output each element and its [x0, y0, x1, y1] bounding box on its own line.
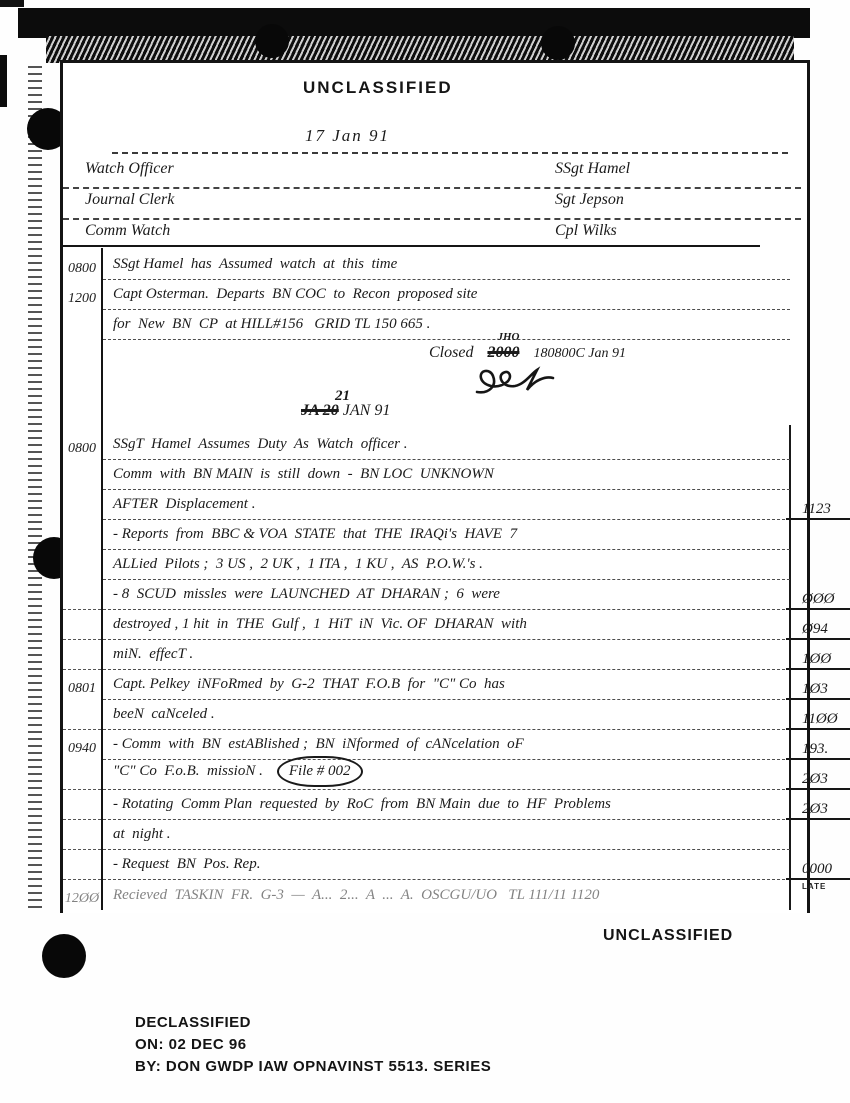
corrected-day: 21 [335, 388, 350, 405]
entry-text-cell: SSgt Hamel has Assumed watch at this tim… [103, 251, 790, 280]
hole-punch [42, 934, 86, 978]
entry-text-cell: ALLied Pilots ; 3 US , 2 UK , 1 ITA , 1 … [103, 551, 790, 580]
entry-text: for New BN CP at HILL#156 GRID TL 150 66… [113, 316, 430, 332]
duty-roster: Watch OfficerSSgt HamelJournal ClerkSgt … [63, 158, 801, 249]
entry-text: - Reports from BBC & VOA STATE that THE … [113, 526, 517, 542]
struck-time: 2000 [487, 344, 519, 361]
journal-row: 1200Capt Osterman. Departs BN COC to Rec… [63, 280, 804, 310]
margin-time: Ø94 [786, 610, 850, 640]
journal-row: - Reports from BBC & VOA STATE that THE … [63, 520, 804, 550]
roster-role: Journal Clerk [85, 191, 174, 209]
journal-row: 0800SSgt Hamel has Assumed watch at this… [63, 250, 804, 280]
journal-row: - Request BN Pos. Rep. [63, 850, 804, 880]
scanned-journal-page: UNCLASSIFIED 17 Jan 91 Watch OfficerSSgt… [0, 0, 850, 1103]
entry-text-cell: - Reports from BBC & VOA STATE that THE … [103, 521, 790, 550]
entry-text: SSgT Hamel Assumes Duty As Watch officer… [113, 436, 407, 452]
margin-time-value: 2Ø3 [802, 801, 828, 818]
journal-row: 0800SSgT Hamel Assumes Duty As Watch off… [63, 430, 804, 460]
scan-edge-mark [0, 55, 7, 107]
margin-time: 193. [786, 730, 850, 760]
entry-time [63, 666, 101, 670]
entry-text: - Rotating Comm Plan requested by RoC fr… [113, 796, 611, 812]
entry-time [63, 846, 101, 850]
declassification-block: DECLASSIFIED ON: 02 DEC 96 BY: DON GWDP … [135, 1012, 491, 1078]
journal-row: 12ØØRecieved TASKIN FR. G-3 — A... 2... … [63, 880, 804, 910]
margin-time: 11ØØ [786, 700, 850, 730]
journal-row: at night . [63, 820, 804, 850]
date-header-day2: 21 JA 20 JAN 91 [63, 396, 804, 430]
entry-time [63, 636, 101, 640]
journal-row: AFTER Displacement . [63, 490, 804, 520]
file-ref-circle: File # 002 [277, 756, 363, 787]
entry-text-cell: beeN caNceled . [103, 701, 790, 730]
roster-role: Watch Officer [85, 160, 174, 178]
entry-time [63, 547, 101, 550]
journal-row: beeN caNceled . [63, 700, 804, 730]
journal-row: "C" Co F.o.B. missioN .File # 002 [63, 760, 804, 790]
entry-time [63, 517, 101, 520]
margin-time: 1123 [786, 490, 850, 520]
entry-time [63, 577, 101, 580]
entry-time [63, 786, 101, 790]
entry-time [63, 816, 101, 820]
entry-text-cell: AFTER Displacement . [103, 491, 790, 520]
journal-row: Comm with BN MAIN is still down - BN LOC… [63, 460, 804, 490]
closeout-line: Closed 2000JHO 180800C Jan 91 [429, 344, 626, 362]
correction-initials: JHO [497, 331, 519, 343]
margin-time: 0000 [786, 850, 850, 880]
entry-text: AFTER Displacement . [113, 496, 255, 512]
entry-time: 0940 [63, 741, 101, 760]
torn-binding-edge [28, 62, 42, 908]
declassified-date: ON: 02 DEC 96 [135, 1034, 491, 1056]
scan-edge-mark [0, 0, 24, 7]
entry-text: - Request BN Pos. Rep. [113, 856, 260, 872]
roster-name: SSgt Hamel [555, 160, 630, 178]
journal-row: - 8 SCUD missles were LAUNCHED AT DHARAN… [63, 580, 804, 610]
entry-time: 0801 [63, 681, 101, 700]
entry-text-cell: Capt Osterman. Departs BN COC to Recon p… [103, 281, 790, 310]
classification-stamp-top: UNCLASSIFIED [303, 78, 453, 98]
journal-row: for New BN CP at HILL#156 GRID TL 150 66… [63, 310, 804, 340]
margin-time-value: ØØØ [802, 591, 835, 608]
entry-text-cell: destroyed , 1 hit in THE Gulf , 1 HiT iN… [103, 611, 790, 640]
entry-text: Recieved TASKIN FR. G-3 — A... 2... A ..… [113, 887, 599, 903]
signature-scribble [463, 364, 563, 398]
entry-text-cell: Recieved TASKIN FR. G-3 — A... 2... A ..… [103, 882, 790, 910]
entry-time: 0800 [63, 441, 101, 460]
entry-text-cell: for New BN CP at HILL#156 GRID TL 150 66… [103, 311, 790, 340]
struck-date: JA 20 [301, 402, 339, 419]
margin-time: 1ØØ [786, 640, 850, 670]
entry-text: Comm with BN MAIN is still down - BN LOC… [113, 466, 494, 482]
entry-text: "C" Co F.o.B. missioN . [113, 763, 263, 779]
declassified-label: DECLASSIFIED [135, 1012, 491, 1034]
journal-row: 0801Capt. Pelkey iNFoRmed by G-2 THAT F.… [63, 670, 804, 700]
entry-text: ALLied Pilots ; 3 US , 2 UK , 1 ITA , 1 … [113, 556, 483, 572]
entry-time [63, 726, 101, 730]
entry-time [63, 487, 101, 490]
journal-row: ALLied Pilots ; 3 US , 2 UK , 1 ITA , 1 … [63, 550, 804, 580]
entry-text: Capt Osterman. Departs BN COC to Recon p… [113, 286, 477, 302]
entry-text-cell: SSgT Hamel Assumes Duty As Watch officer… [103, 431, 790, 460]
roster-name: Sgt Jepson [555, 191, 624, 209]
margin-time-value: 1ØØ [802, 651, 831, 668]
entry-text: at night . [113, 826, 171, 842]
classification-stamp-bottom: UNCLASSIFIED [603, 927, 733, 945]
entry-time: 0800 [63, 261, 101, 280]
margin-time-value: 11ØØ [802, 711, 838, 728]
roster-divider-line [62, 245, 760, 247]
declassified-authority: BY: DON GWDP IAW OPNAVINST 5513. SERIES [135, 1056, 491, 1078]
entry-time [63, 606, 101, 610]
hole-punch [255, 24, 289, 58]
entry-text: - 8 SCUD missles were LAUNCHED AT DHARAN… [113, 586, 500, 602]
ruled-line [112, 152, 788, 154]
struck-time-wrap: 2000JHO [487, 344, 519, 362]
journal-row: miN. effecT . [63, 640, 804, 670]
journal-entries: 0800SSgt Hamel has Assumed watch at this… [63, 250, 804, 910]
roster-name: Cpl Wilks [555, 222, 617, 240]
roster-row: Watch OfficerSSgt Hamel [63, 158, 801, 189]
margin-time-value: 0000 [802, 861, 832, 878]
journal-row: destroyed , 1 hit in THE Gulf , 1 HiT iN… [63, 610, 804, 640]
entry-text-cell: - Request BN Pos. Rep. [103, 851, 790, 880]
entry-text-cell: - Rotating Comm Plan requested by RoC fr… [103, 791, 790, 820]
margin-time-value: 2Ø3 [802, 771, 828, 788]
entry-text-cell: "C" Co F.o.B. missioN .File # 002 [103, 756, 790, 790]
margin-time: 2Ø3 [786, 760, 850, 790]
entry-text: Capt. Pelkey iNFoRmed by G-2 THAT F.O.B … [113, 676, 505, 692]
margin-time-value: 1123 [802, 501, 831, 518]
entry-text: SSgt Hamel has Assumed watch at this tim… [113, 256, 397, 272]
entry-text: - Comm with BN estABlished ; BN iNformed… [113, 736, 524, 752]
journal-row: - Rotating Comm Plan requested by RoC fr… [63, 790, 804, 820]
entry-text-cell: miN. effecT . [103, 641, 790, 670]
roster-role: Comm Watch [85, 222, 170, 240]
entry-text-cell: at night . [103, 821, 790, 850]
entry-text-cell: Capt. Pelkey iNFoRmed by G-2 THAT F.O.B … [103, 671, 790, 700]
closeout-datetime: 180800C Jan 91 [533, 346, 626, 361]
hole-punch [541, 26, 575, 60]
entry-time: 1200 [63, 291, 101, 310]
margin-time: 2Ø3 [786, 790, 850, 820]
entry-text-cell: - 8 SCUD missles were LAUNCHED AT DHARAN… [103, 581, 790, 610]
margin-time-value: Ø94 [802, 621, 828, 638]
closed-label: Closed [429, 344, 473, 361]
entry-text: miN. effecT . [113, 646, 193, 662]
roster-row: Journal ClerkSgt Jepson [63, 189, 801, 220]
entry-time: 12ØØ [63, 891, 101, 910]
entry-text: beeN caNceled . [113, 706, 215, 722]
date-header-day1: 17 Jan 91 [305, 126, 390, 146]
margin-time: 1Ø3 [786, 670, 850, 700]
entry-text-cell: Comm with BN MAIN is still down - BN LOC… [103, 461, 790, 490]
scan-hatch-band [46, 36, 794, 63]
scan-binding-band [18, 8, 810, 38]
margin-time-value: 193. [802, 741, 828, 758]
margin-time: ØØØ [786, 580, 850, 610]
day1-closeout: Closed 2000JHO 180800C Jan 91 [63, 340, 804, 396]
entry-text: destroyed , 1 hit in THE Gulf , 1 HiT iN… [113, 616, 527, 632]
margin-late-label: LATE [802, 882, 826, 891]
margin-time-value: 1Ø3 [802, 681, 828, 698]
